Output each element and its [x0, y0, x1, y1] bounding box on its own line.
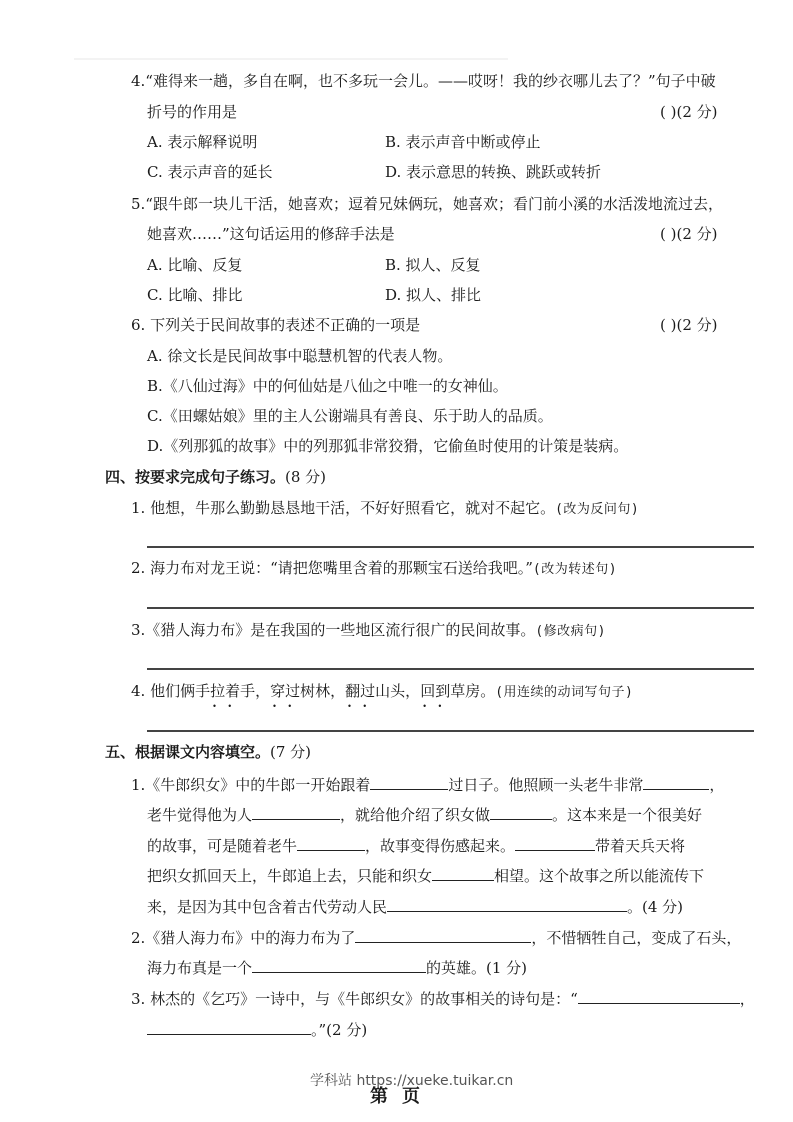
s4-item4: 4. 他们俩手拉着手，穿过树林，翻过山头，回到草房。(用连续的动词写句子): [131, 681, 633, 703]
s5-q1-line5: 来，是因为其中包含着古代劳动人民。(4 分): [147, 895, 683, 917]
blank-field[interactable]: [578, 987, 740, 1004]
blank-field[interactable]: [432, 864, 494, 881]
s4-item1-answer-line[interactable]: [147, 546, 754, 548]
text: 过日子。他照顾一头老牛非常: [448, 776, 643, 794]
section5-heading: 五、根据课文内容填空。(7 分): [105, 742, 311, 762]
s4-item4-seg: 山头，: [375, 682, 420, 700]
emphasis-word: 翻过: [345, 682, 375, 700]
text: 的英雄。(1 分): [426, 959, 527, 977]
blank-field[interactable]: [370, 773, 448, 790]
s4-item4-hint: (用连续的动词写句子): [495, 685, 633, 700]
s4-item2: 2. 海力布对龙王说：“请把您嘴里含着的那颗宝石送给我吧。”(改为转述句): [131, 558, 617, 580]
q5-option-a: A. 比喻、反复: [147, 255, 242, 275]
section4-title: 四、按要求完成句子练习。: [105, 468, 285, 486]
blank-field[interactable]: [297, 834, 365, 851]
text: ，故事变得伤感起来。: [365, 837, 515, 855]
s4-item2-hint: (改为转述句): [533, 562, 617, 577]
text: ，就给他介绍了织女做: [340, 806, 490, 824]
emphasis-word: 回到: [420, 682, 450, 700]
section5-title: 五、根据课文内容填空。: [105, 743, 270, 761]
s4-item2-text: 2. 海力布对龙王说：“请把您嘴里含着的那颗宝石送给我吧。”: [131, 559, 533, 577]
q5-stem-line2: 她喜欢……”这句话运用的修辞手法是: [147, 224, 395, 244]
s4-item4-seg: 4. 他们俩手: [131, 682, 210, 700]
section4-heading: 四、按要求完成句子练习。(8 分): [105, 467, 326, 487]
q5-option-c: C. 比喻、排比: [147, 285, 242, 305]
q4-option-b: B. 表示声音中断或停止: [385, 132, 541, 152]
text: ，: [709, 776, 724, 794]
q5-option-d: D. 拟人、排比: [385, 285, 481, 305]
blank-field[interactable]: [252, 956, 426, 973]
s4-item3-text: 3.《猎人海力布》是在我国的一些地区流行很广的民间故事。: [131, 621, 535, 639]
blank-field[interactable]: [252, 803, 340, 820]
text: 的故事，可是随着老牛: [147, 837, 297, 855]
q4-answer-bracket[interactable]: ( )(2 分): [660, 102, 718, 122]
s4-item2-answer-line[interactable]: [147, 607, 754, 609]
text: ，: [740, 990, 755, 1008]
text: 2.《猎人海力布》中的海力布为了: [131, 929, 355, 947]
text: 老牛觉得他为人: [147, 806, 252, 824]
text: 海力布真是一个: [147, 959, 252, 977]
s4-item3: 3.《猎人海力布》是在我国的一些地区流行很广的民间故事。(修改病句): [131, 620, 606, 642]
q5-option-b: B. 拟人、反复: [385, 255, 481, 275]
s5-q3-line1: 3. 林杰的《乞巧》一诗中，与《牛郎织女》的故事相关的诗句是：“，: [131, 987, 755, 1009]
s5-q3-line2: 。”(2 分): [147, 1018, 367, 1040]
text: 。这本来是一个很美好: [552, 806, 702, 824]
emphasis-word: 穿过: [270, 682, 300, 700]
page-number-label: 第页: [370, 1082, 434, 1108]
s5-q1-line4: 把织女抓回天上，牛郎追上去，只能和织女相望。这个故事之所以能流传下: [147, 864, 704, 886]
emphasis-word: 拉着: [210, 682, 240, 700]
s4-item4-seg: 树林，: [300, 682, 345, 700]
s5-q1-line1: 1.《牛郎织女》中的牛郎一开始跟着过日子。他照顾一头老牛非常，: [131, 773, 724, 795]
text: 3. 林杰的《乞巧》一诗中，与《牛郎织女》的故事相关的诗句是：“: [131, 990, 578, 1008]
q4-option-a: A. 表示解释说明: [147, 132, 257, 152]
section4-points: (8 分): [285, 468, 326, 486]
s4-item3-answer-line[interactable]: [147, 668, 754, 670]
q4-option-c: C. 表示声音的延长: [147, 162, 272, 182]
q5-answer-bracket[interactable]: ( )(2 分): [660, 224, 718, 244]
s4-item1-text: 1. 他想，牛那么勤勤恳恳地干活，不好好照看它，就对不起它。: [131, 499, 555, 517]
text: 来，是因为其中包含着古代劳动人民: [147, 898, 387, 916]
s5-q2-line1: 2.《猎人海力布》中的海力布为了，不惜牺牲自己，变成了石头，: [131, 926, 741, 948]
s4-item3-hint: (修改病句): [535, 624, 606, 639]
q4-stem-line1: 4.“难得来一趟，多自在啊，也不多玩一会儿。——哎呀！我的纱衣哪儿去了？”句子中…: [131, 71, 716, 91]
blank-field[interactable]: [355, 926, 531, 943]
q4-option-d: D. 表示意思的转换、跳跃或转折: [385, 162, 601, 182]
s4-item4-seg: 草房。: [450, 682, 495, 700]
text: 1.《牛郎织女》中的牛郎一开始跟着: [131, 776, 370, 794]
s4-item4-answer-line[interactable]: [147, 730, 754, 732]
q6-option-a: A. 徐文长是民间故事中聪慧机智的代表人物。: [147, 346, 452, 366]
blank-field[interactable]: [490, 803, 552, 820]
top-divider: [74, 58, 508, 60]
blank-field[interactable]: [515, 834, 595, 851]
s4-item4-seg: 手，: [240, 682, 270, 700]
q6-option-d: D.《列那狐的故事》中的列那狐非常狡猾，它偷鱼时使用的计策是装病。: [147, 436, 628, 456]
q5-stem-line1: 5.“跟牛郎一块儿干活，她喜欢；逗着兄妹俩玩，她喜欢；看门前小溪的水活泼地流过去…: [131, 194, 723, 214]
q4-stem-line2: 折号的作用是: [147, 102, 237, 122]
s4-item1: 1. 他想，牛那么勤勤恳恳地干活，不好好照看它，就对不起它。(改为反问句): [131, 498, 639, 520]
q6-stem: 6. 下列关于民间故事的表述不正确的一项是: [131, 315, 420, 335]
q6-option-c: C.《田螺姑娘》里的主人公谢端具有善良、乐于助人的品质。: [147, 406, 553, 426]
text: 带着天兵天将: [595, 837, 685, 855]
text: 相望。这个故事之所以能流传下: [494, 867, 704, 885]
blank-field[interactable]: [147, 1018, 311, 1035]
s5-q1-line3: 的故事，可是随着老牛，故事变得伤感起来。带着天兵天将: [147, 834, 685, 856]
text: 。(4 分): [627, 898, 683, 916]
q6-answer-bracket[interactable]: ( )(2 分): [660, 315, 718, 335]
text: 。”(2 分): [311, 1021, 367, 1039]
s5-q2-line2: 海力布真是一个的英雄。(1 分): [147, 956, 527, 978]
s5-q1-line2: 老牛觉得他为人，就给他介绍了织女做。这本来是一个很美好: [147, 803, 702, 825]
s4-item1-hint: (改为反问句): [555, 502, 639, 517]
blank-field[interactable]: [387, 895, 627, 912]
q6-option-b: B.《八仙过海》中的何仙姑是八仙之中唯一的女神仙。: [147, 376, 508, 396]
text: ，不惜牺牲自己，变成了石头，: [531, 929, 741, 947]
section5-points: (7 分): [270, 743, 311, 761]
blank-field[interactable]: [643, 773, 709, 790]
text: 把织女抓回天上，牛郎追上去，只能和织女: [147, 867, 432, 885]
